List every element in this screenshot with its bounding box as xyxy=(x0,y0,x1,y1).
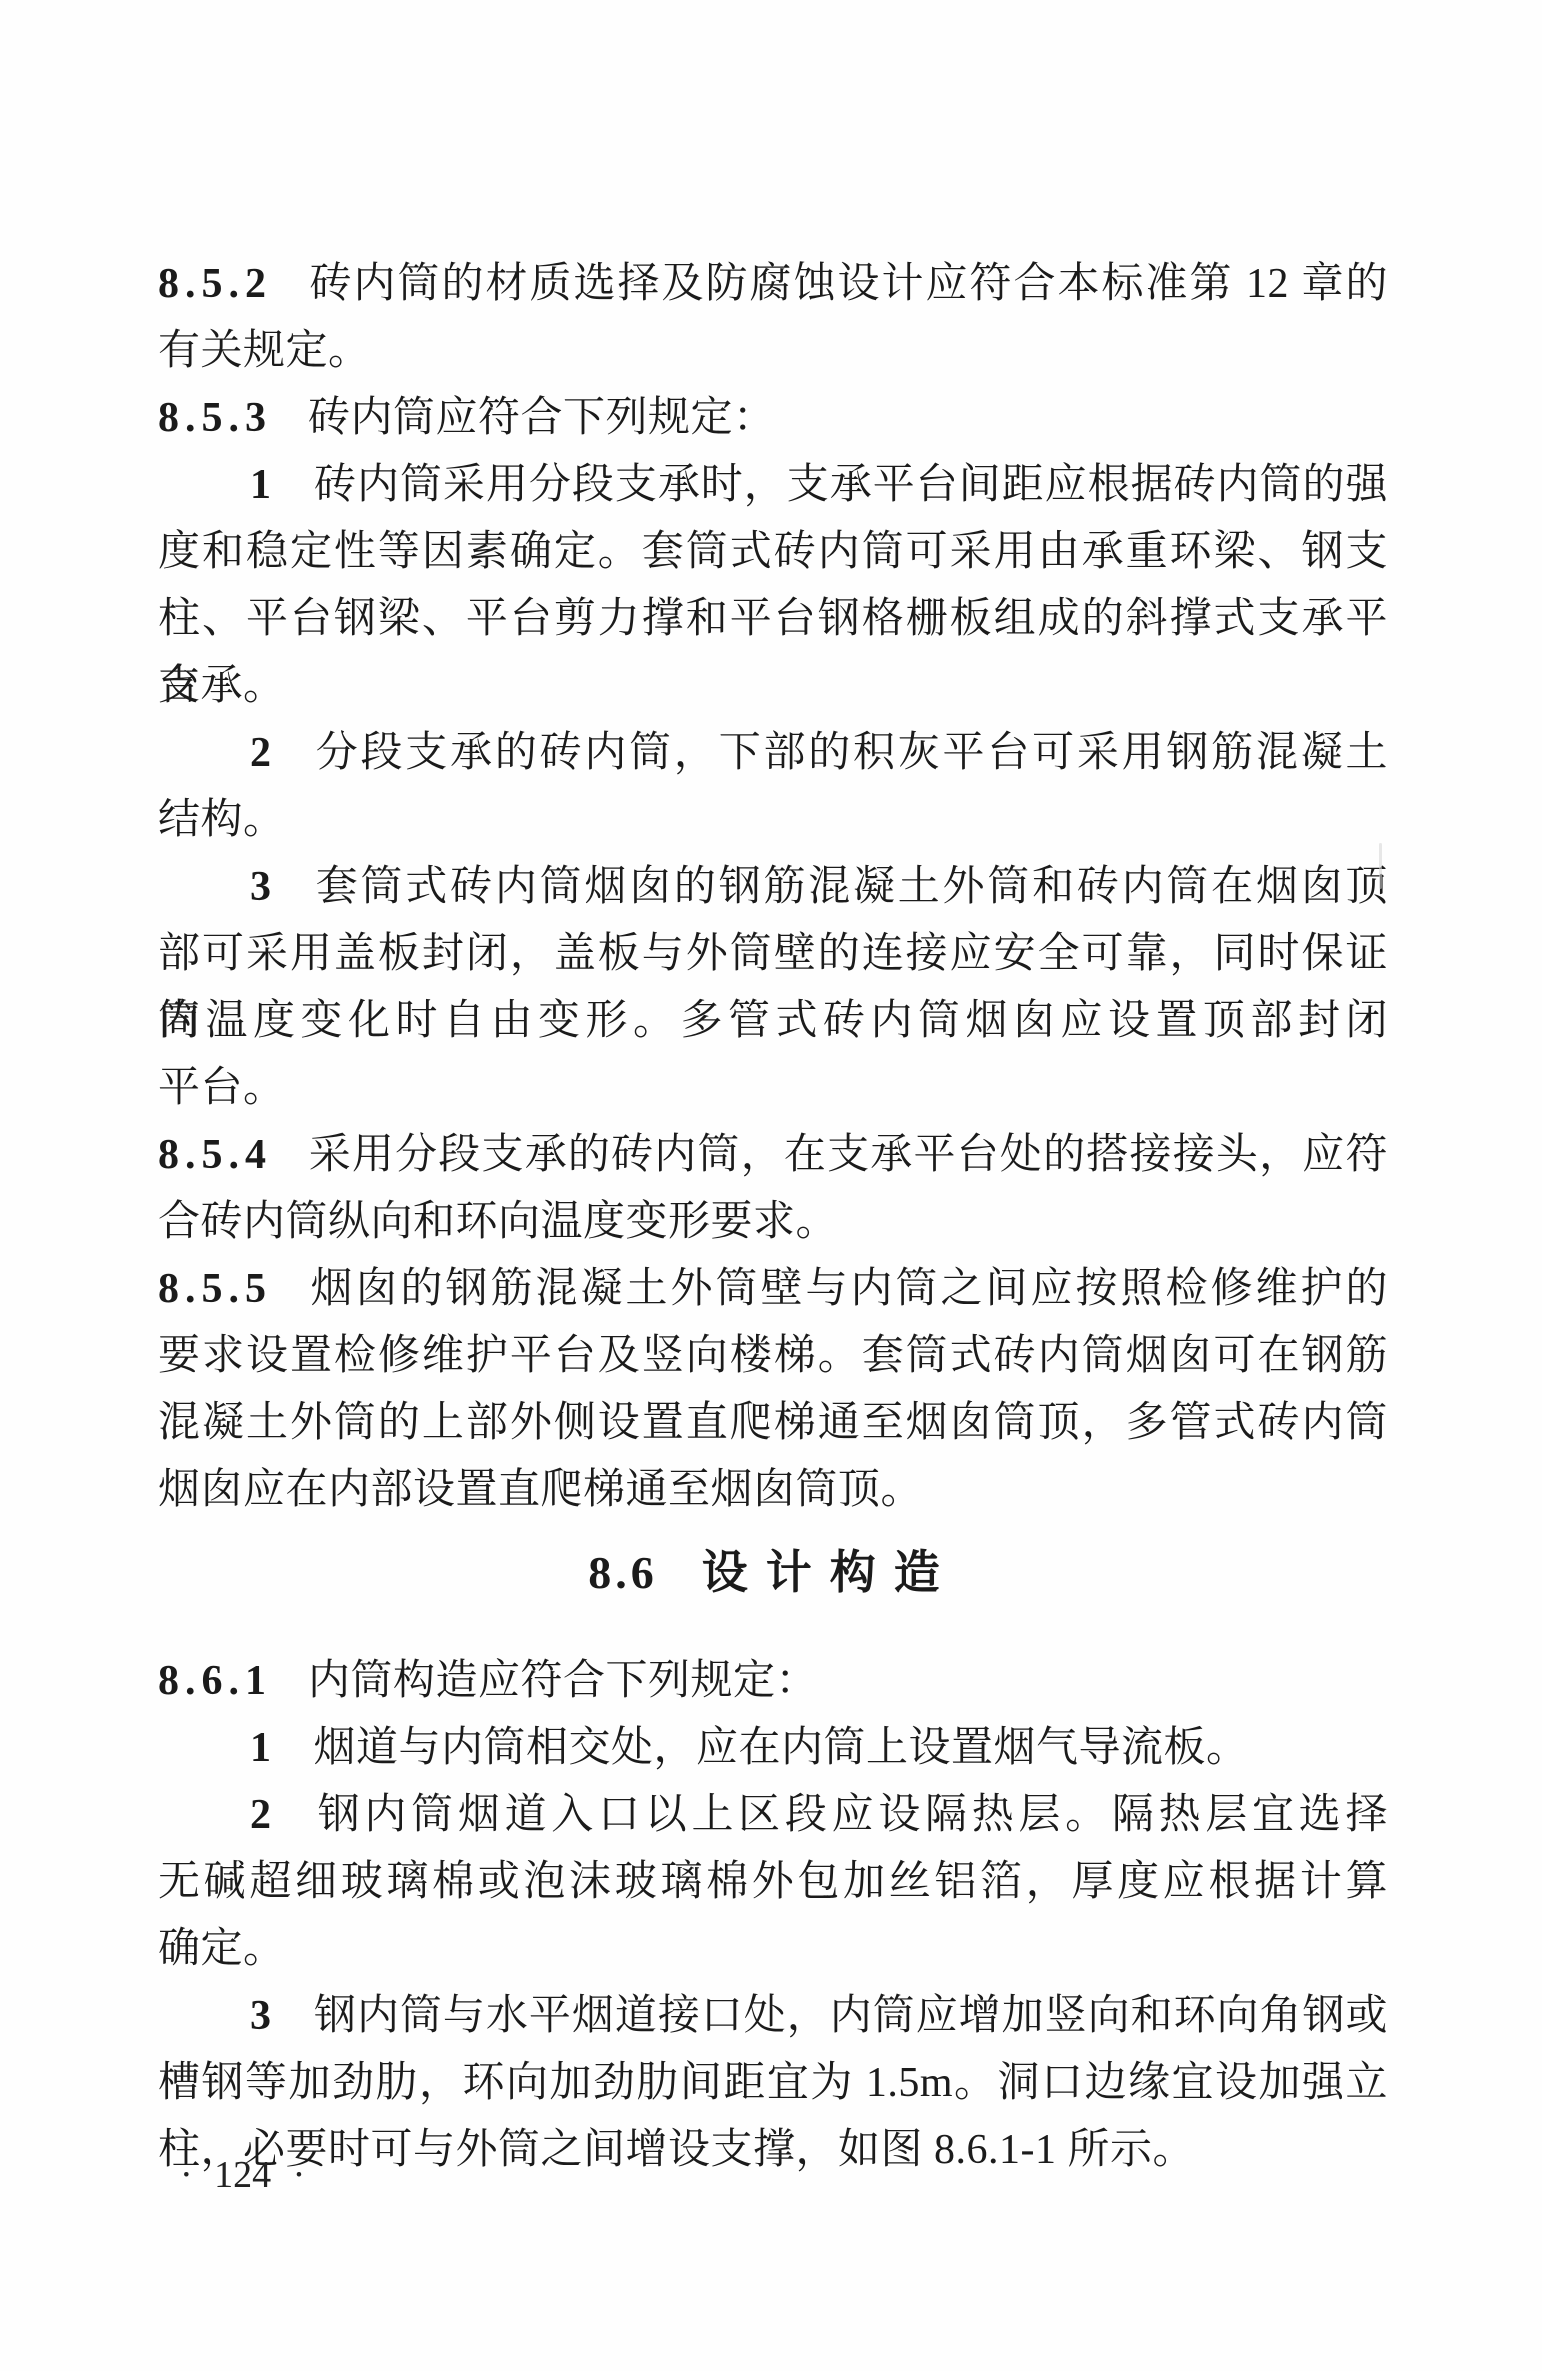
text-line: 支承。 xyxy=(158,653,1388,720)
item-number: 1 xyxy=(250,1725,272,1771)
text-line: 平台。 xyxy=(158,1055,1388,1122)
text-line: 柱，必要时可与外筒之间增设支撑，如图 8.6.1-1 所示。 xyxy=(158,2117,1388,2184)
item-number: 1 xyxy=(250,462,272,508)
document-content: 8.5.2砖内筒的材质选择及防腐蚀设计应符合本标准第 12 章的有关规定。8.5… xyxy=(158,251,1388,2184)
item-number: 3 xyxy=(250,1993,272,2039)
text-line: 合砖内筒纵向和环向温度变形要求。 xyxy=(158,1189,1388,1256)
text-line: 确定。 xyxy=(158,1916,1388,1983)
text-line: 8.5.2砖内筒的材质选择及防腐蚀设计应符合本标准第 12 章的 xyxy=(158,251,1388,318)
text-line: 筒温度变化时自由变形。多管式砖内筒烟囱应设置顶部封闭 xyxy=(158,988,1388,1055)
text-line: 有关规定。 xyxy=(158,318,1388,385)
page-number: · 124 · xyxy=(180,2152,305,2198)
scan-artifact xyxy=(1379,843,1382,889)
text-line: 8.6.1内筒构造应符合下列规定： xyxy=(158,1648,1388,1715)
text-line: 结构。 xyxy=(158,787,1388,854)
clause-number: 8.6.1 xyxy=(158,1658,272,1704)
text-line: 2分段支承的砖内筒，下部的积灰平台可采用钢筋混凝土 xyxy=(158,720,1388,787)
text-line: 1烟道与内筒相交处，应在内筒上设置烟气导流板。 xyxy=(158,1715,1388,1782)
text-line: 8.5.3砖内筒应符合下列规定： xyxy=(158,385,1388,452)
document-page: 8.5.2砖内筒的材质选择及防腐蚀设计应符合本标准第 12 章的有关规定。8.5… xyxy=(0,0,1542,2371)
text-line: 柱、平台钢梁、平台剪力撑和平台钢格栅板组成的斜撑式支承平台 xyxy=(158,586,1388,653)
clause-number: 8.5.3 xyxy=(158,395,272,441)
text-line: 8.5.5烟囱的钢筋混凝土外筒壁与内筒之间应按照检修维护的 xyxy=(158,1256,1388,1323)
text-line: 3套筒式砖内筒烟囱的钢筋混凝土外筒和砖内筒在烟囱顶 xyxy=(158,854,1388,921)
item-number: 2 xyxy=(250,730,272,776)
text-line: 槽钢等加劲肋，环向加劲肋间距宜为 1.5m。洞口边缘宜设加强立 xyxy=(158,2050,1388,2117)
item-number: 2 xyxy=(250,1792,272,1838)
heading-number: 8.6 xyxy=(588,1547,658,1598)
text-line: 2钢内筒烟道入口以上区段应设隔热层。隔热层宜选择 xyxy=(158,1782,1388,1849)
text-line: 3钢内筒与水平烟道接口处，内筒应增加竖向和环向角钢或 xyxy=(158,1983,1388,2050)
item-number: 3 xyxy=(250,864,272,910)
clause-number: 8.5.2 xyxy=(158,261,272,307)
text-line: 度和稳定性等因素确定。套筒式砖内筒可采用由承重环梁、钢支 xyxy=(158,519,1388,586)
clause-number: 8.5.4 xyxy=(158,1132,272,1178)
section-heading: 8.6设计构造 xyxy=(158,1538,1388,1608)
text-line: 要求设置检修维护平台及竖向楼梯。套筒式砖内筒烟囱可在钢筋 xyxy=(158,1323,1388,1390)
text-line: 无碱超细玻璃棉或泡沫玻璃棉外包加丝铝箔，厚度应根据计算 xyxy=(158,1849,1388,1916)
text-line: 混凝土外筒的上部外侧设置直爬梯通至烟囱筒顶，多管式砖内筒 xyxy=(158,1390,1388,1457)
text-line: 1砖内筒采用分段支承时，支承平台间距应根据砖内筒的强 xyxy=(158,452,1388,519)
text-line: 部可采用盖板封闭，盖板与外筒壁的连接应安全可靠，同时保证内 xyxy=(158,921,1388,988)
clause-number: 8.5.5 xyxy=(158,1266,272,1312)
text-line: 烟囱应在内部设置直爬梯通至烟囱筒顶。 xyxy=(158,1457,1388,1524)
text-line: 8.5.4采用分段支承的砖内筒，在支承平台处的搭接接头，应符 xyxy=(158,1122,1388,1189)
heading-title: 设计构造 xyxy=(702,1547,958,1598)
